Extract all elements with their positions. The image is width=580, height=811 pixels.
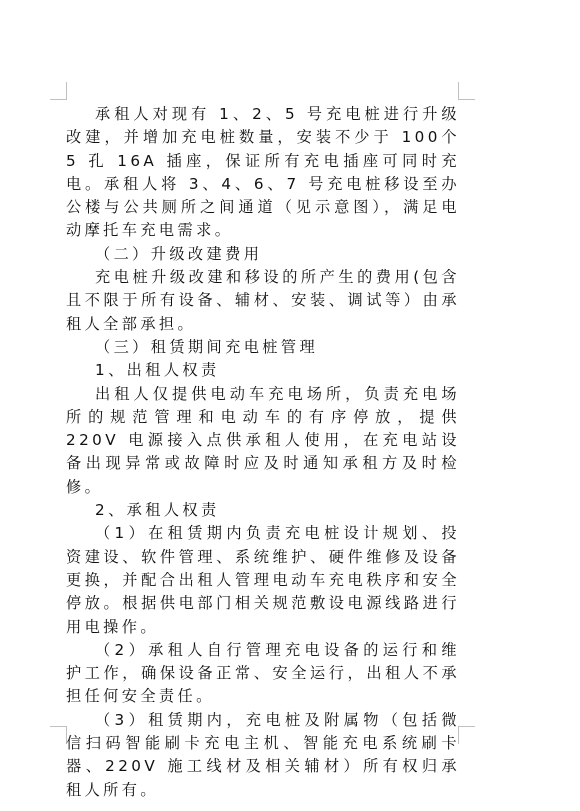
section-heading-upgrade-cost: （二）升级改建费用 (66, 243, 460, 266)
margin-corner-top-left (50, 82, 67, 100)
margin-corner-bottom-left (50, 726, 67, 744)
document-body[interactable]: 承租人对现有 1、2、5 号充电桩进行升级改建，并增加充电桩数量，安装不少于 1… (66, 103, 460, 802)
section-heading-management: （三）租赁期间充电桩管理 (66, 336, 460, 359)
margin-corner-top-right (458, 82, 475, 100)
subheading-lessee-rights: 2、承租人权责 (66, 499, 460, 522)
paragraph-lessee-item-2: （2）承租人自行管理充电设备的运行和维护工作，确保设备正常、安全运行，出租人不承… (66, 639, 460, 709)
margin-corner-bottom-right (458, 726, 475, 744)
paragraph-upgrade-cost: 充电桩升级改建和移设的所产生的费用(包含且不限于所有设备、辅材、安装、调试等）由… (66, 266, 460, 336)
subheading-lessor-rights: 1、出租人权责 (66, 359, 460, 382)
paragraph-lessee-item-3: （3）租赁期内，充电桩及附属物（包括微信扫码智能刷卡充电主机、智能充电系统刷卡器… (66, 709, 460, 802)
paragraph-upgrade-description: 承租人对现有 1、2、5 号充电桩进行升级改建，并增加充电桩数量，安装不少于 1… (66, 103, 460, 243)
paragraph-lessee-item-1: （1）在租赁期内负责充电桩设计规划、投资建设、软件管理、系统维护、硬件维修及设备… (66, 522, 460, 638)
paragraph-lessor-rights: 出租人仅提供电动车充电场所，负责充电场所的规范管理和电动车的有序停放，提供 22… (66, 383, 460, 499)
